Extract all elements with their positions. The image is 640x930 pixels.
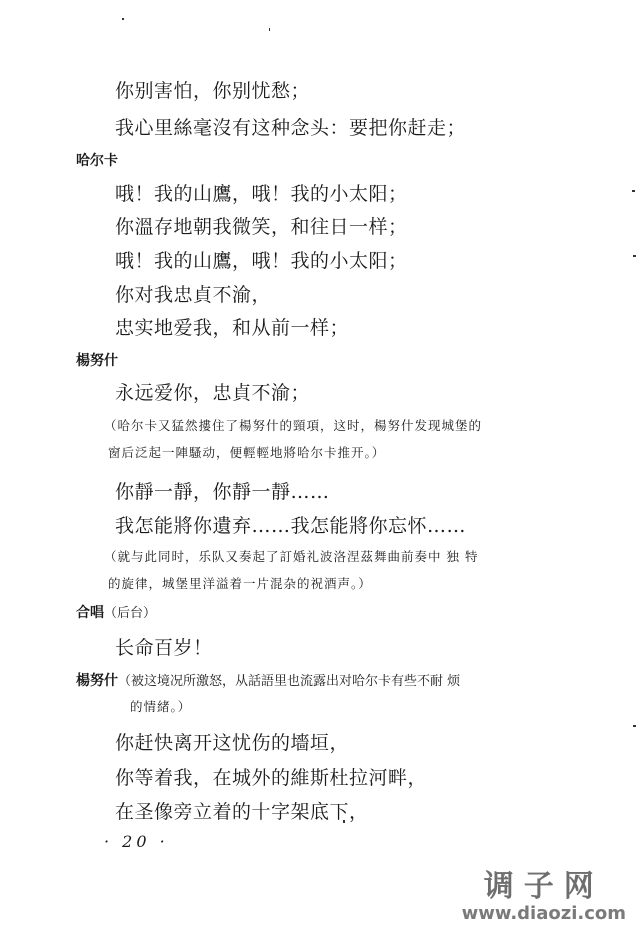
stage-direction: （哈尔卡又猛然摟住了楊努什的頸項，这时，楊努什发现城堡的 <box>104 416 482 434</box>
lyric-line: 我怎能將你遺弃……我怎能將你忘怀…… <box>115 511 466 538</box>
scan-speck <box>632 190 635 192</box>
stage-direction: （就与此同时，乐队又奏起了訂婚礼波洛涅茲舞曲前奏中 独 特 <box>104 547 478 565</box>
watermark: 调子网 www.diaozi.com <box>462 861 626 924</box>
lyric-line: 你等着我，在城外的維斯杜拉河畔， <box>115 763 427 790</box>
lyric-line: 忠实地爱我，和从前一样； <box>115 313 349 340</box>
speaker-note: （后台） <box>104 606 156 621</box>
lyric-line: 你赶快离开这忧伤的墻垣， <box>115 728 349 755</box>
lyric-line: 你溫存地朝我微笑，和往日一样； <box>115 212 408 239</box>
lyric-line: 你别害怕，你别忧愁； <box>115 76 310 103</box>
lyric-line: 我心里絲毫沒有这种念头：要把你赶走； <box>115 113 466 140</box>
scan-speck <box>122 18 124 20</box>
speaker-name: 哈尔卡 <box>76 150 118 170</box>
watermark-title: 调子网 <box>462 861 626 905</box>
stage-direction: 的旋律，城堡里洋溢着一片混杂的祝酒声。） <box>108 574 372 592</box>
scan-speck <box>343 820 345 823</box>
speaker-note: （被这境况所激怒，从話語里也流露出对哈尔卡有些不耐 烦 <box>118 674 460 689</box>
score-page: 你别害怕，你别忧愁； 我心里絲毫沒有这种念头：要把你赶走； 哈尔卡 哦！我的山鷹… <box>0 0 640 930</box>
speaker-name: 楊努什 <box>76 350 118 370</box>
lyric-line: 哦！我的山鷹，哦！我的小太阳； <box>115 246 408 273</box>
page-number: · 20 · <box>104 832 169 851</box>
stage-direction: 的情緒。） <box>130 697 191 715</box>
speaker-label: 合唱 <box>76 605 104 621</box>
speaker-label: 楊努什 <box>76 673 118 689</box>
lyric-line: 在圣像旁立着的十字架底下， <box>115 797 369 824</box>
scan-speck <box>269 28 270 31</box>
lyric-line: 你靜一靜，你靜一靜…… <box>115 477 330 504</box>
scan-speck <box>633 725 636 727</box>
lyric-line: 你对我忠貞不渝， <box>115 280 271 307</box>
stage-direction: 窗后泛起一陣騷动，便輕輕地將哈尔卡推开。） <box>108 443 385 461</box>
speaker-name: 合唱（后台） <box>76 602 156 622</box>
lyric-line: 哦！我的山鷹，哦！我的小太阳； <box>115 179 408 206</box>
lyric-line: 长命百岁！ <box>115 633 213 660</box>
lyric-line: 永远爱你，忠貞不渝； <box>115 378 310 405</box>
scan-speck <box>633 255 636 257</box>
speaker-name: 楊努什（被这境况所激怒，从話語里也流露出对哈尔卡有些不耐 烦 <box>76 670 460 690</box>
watermark-url: www.diaozi.com <box>462 903 626 924</box>
